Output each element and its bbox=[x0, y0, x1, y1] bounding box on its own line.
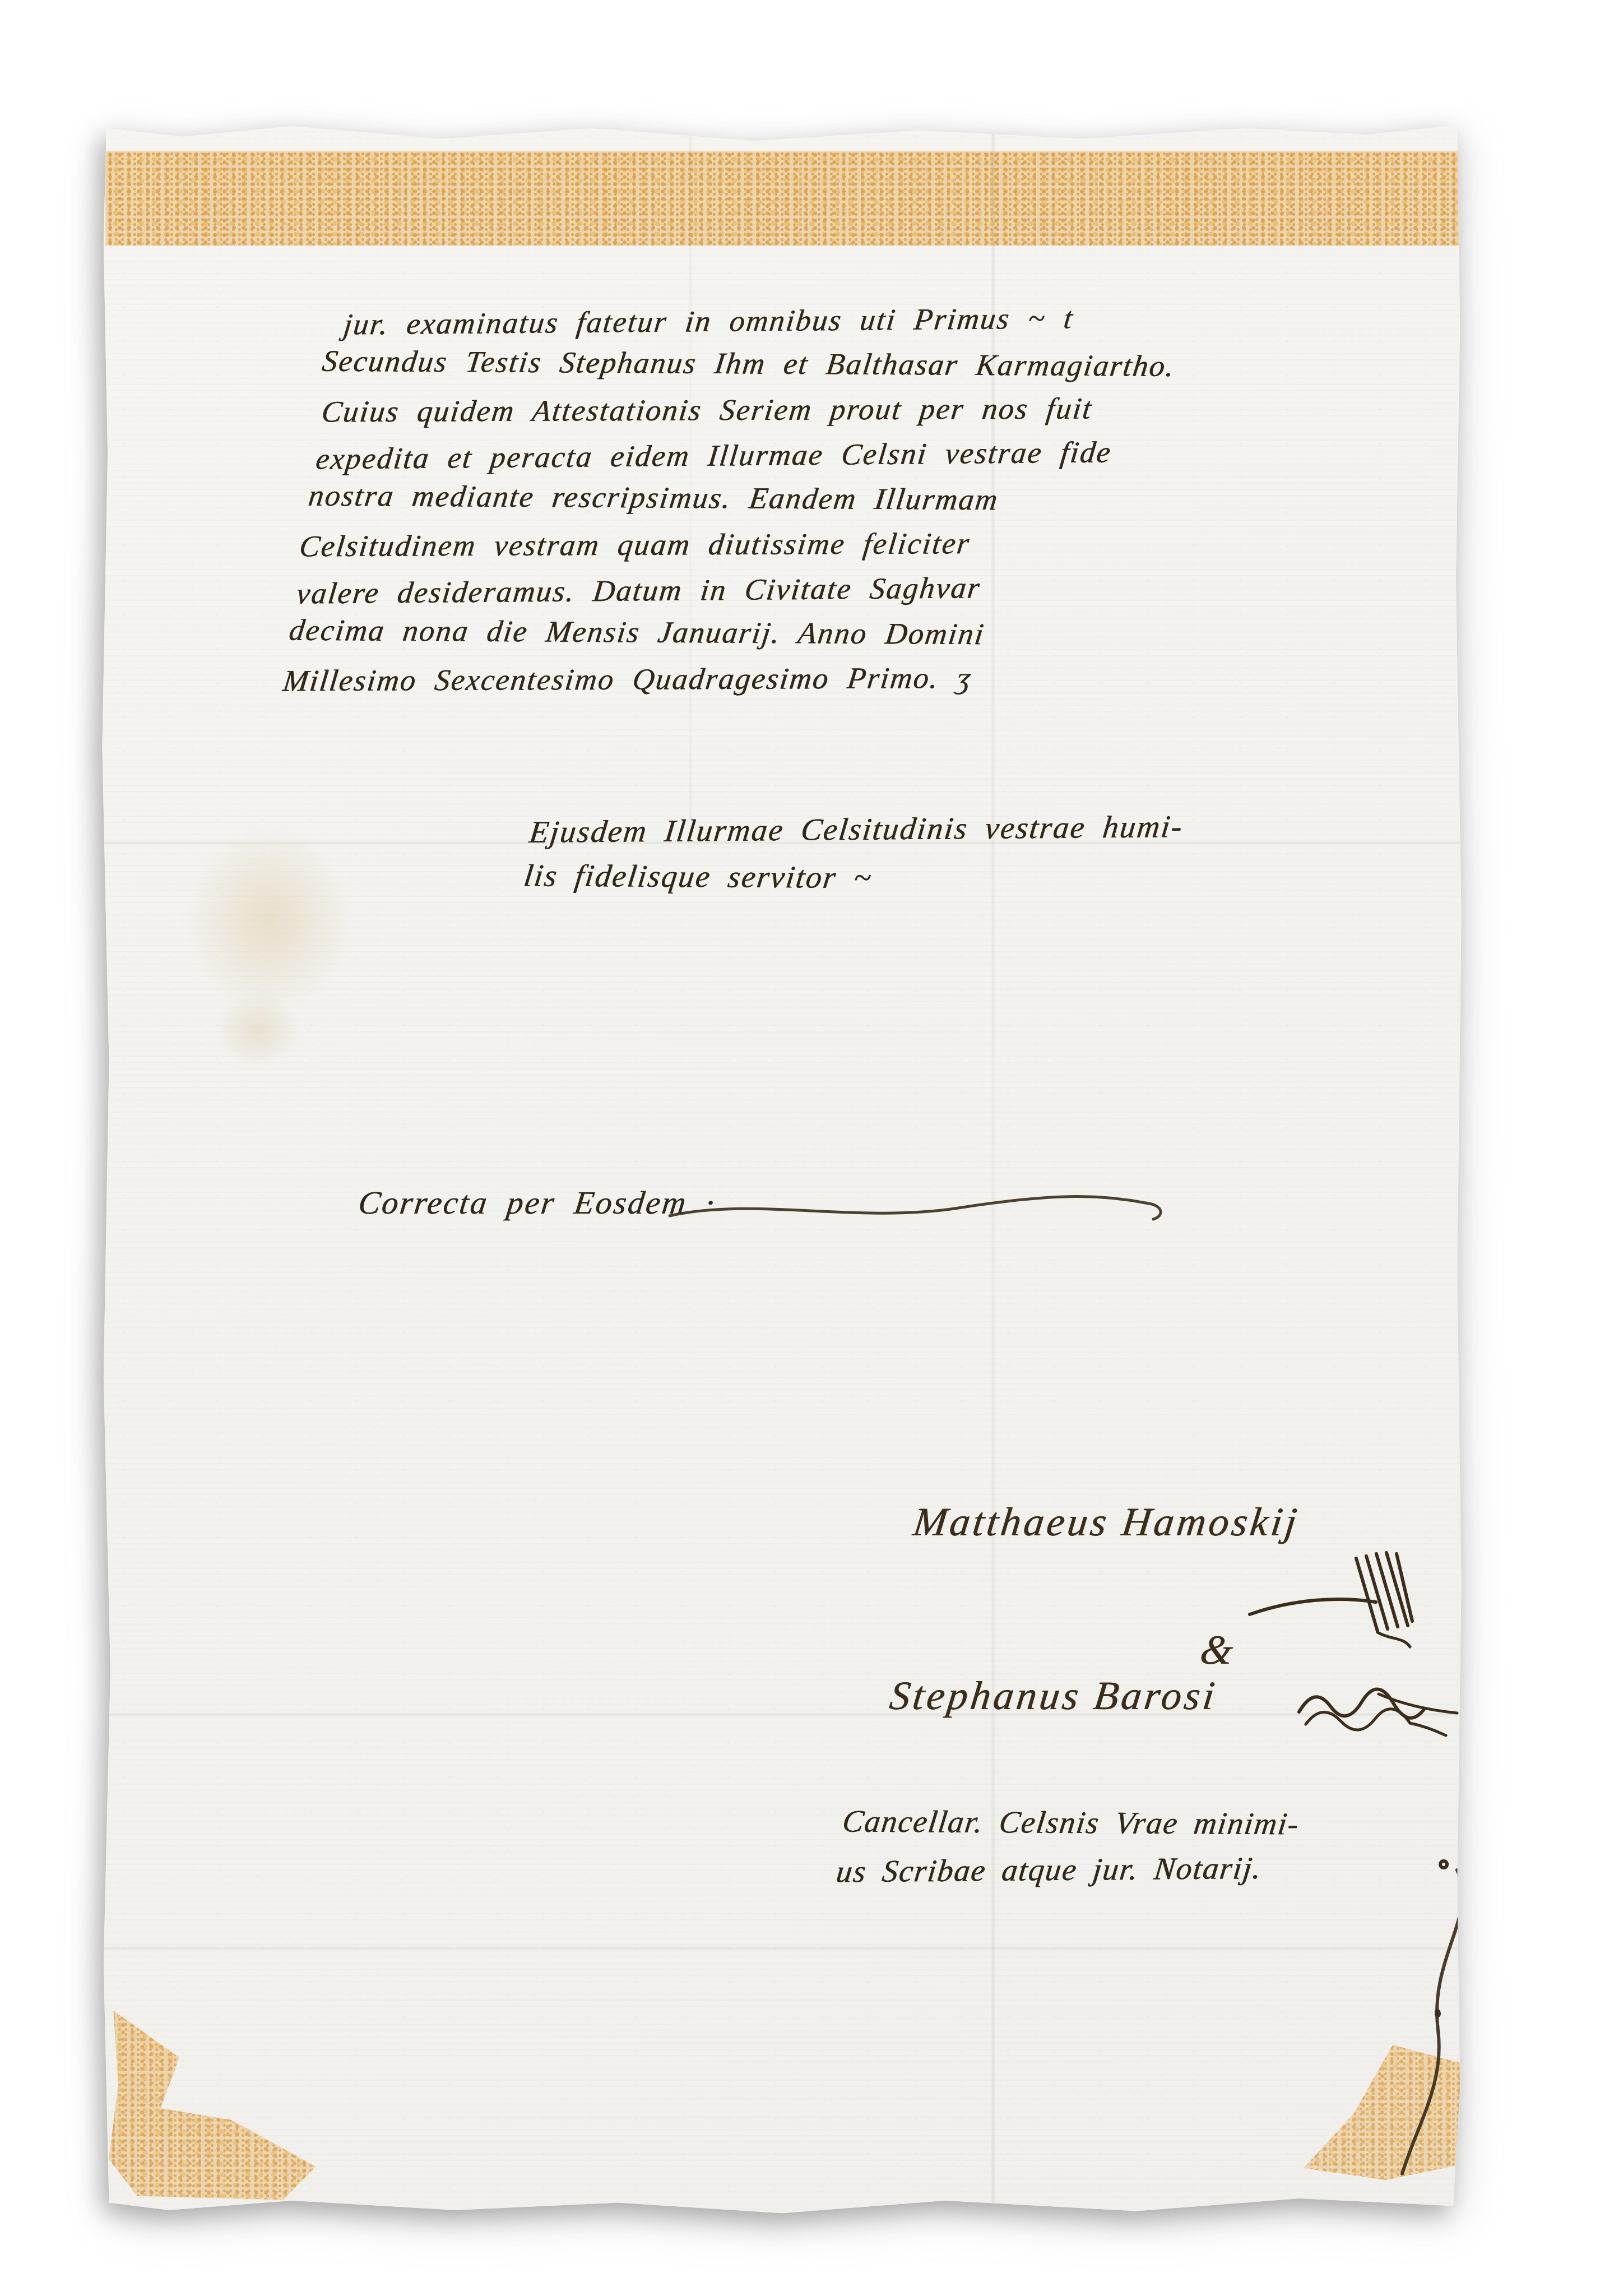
body-line: nostra mediante rescripsimus. Eandem Ill… bbox=[306, 473, 1446, 525]
body-line: jur. examinatus fatetur in omnibus uti P… bbox=[341, 292, 1468, 346]
foxing-stain-left-small bbox=[216, 993, 300, 1066]
body-line: decima nona die Mensis Januarij. Anno Do… bbox=[286, 608, 1429, 659]
final-descender-flourish-icon bbox=[1390, 1862, 1485, 2187]
fold-crease-horizontal-3 bbox=[101, 1947, 1463, 1949]
tape-stain-bottom-left bbox=[109, 2007, 344, 2202]
body-line: expedita et peracta eidem Illurmae Celsn… bbox=[313, 427, 1451, 482]
foxing-stain-left bbox=[185, 828, 353, 1013]
body-text-block: jur. examinatus fatetur in omnibus uti P… bbox=[281, 297, 1468, 701]
tape-residue-top-band bbox=[105, 151, 1459, 246]
office-line: us Scribae atque jur. Notarij. bbox=[834, 1844, 1297, 1895]
office-line: Cancellar. Celsnis Vrae minimi- bbox=[840, 1798, 1302, 1848]
signature-ampersand: & bbox=[1198, 1627, 1236, 1674]
first-signature-paraph-icon bbox=[1244, 1547, 1412, 1654]
manuscript-paper: jur. examinatus fatetur in omnibus uti P… bbox=[101, 119, 1463, 2215]
body-line: valere desideramus. Datum in Civitate Sa… bbox=[294, 561, 1435, 616]
body-line: Cuius quidem Attestationis Seriem prout … bbox=[319, 385, 1457, 434]
correction-note: Correcta per Eosdem · bbox=[356, 1184, 718, 1221]
second-signature-scribble-icon bbox=[1295, 1677, 1468, 1750]
closing-block: Ejusdem Illurmae Celsitudinis vestrae hu… bbox=[521, 806, 1185, 902]
body-line: Celsitudinem vestram quam diutissime fel… bbox=[297, 519, 1441, 569]
signature-second: Stephanus Barosi bbox=[887, 1673, 1220, 1719]
fold-crease-horizontal-2 bbox=[101, 1714, 1463, 1715]
paper-shadow-wrap: jur. examinatus fatetur in omnibus uti P… bbox=[101, 119, 1463, 2215]
correction-underline-swash-icon bbox=[667, 1187, 1171, 1232]
closing-line: Ejusdem Illurmae Celsitudinis vestrae hu… bbox=[527, 803, 1186, 857]
closing-line: lis fidelisque servitor ~ bbox=[521, 851, 1180, 904]
office-note-block: Cancellar. Celsnis Vrae minimi- us Scrib… bbox=[834, 1799, 1302, 1894]
photo-backdrop: jur. examinatus fatetur in omnibus uti P… bbox=[0, 0, 1614, 2296]
signature-first: Matthaeus Hamoskij bbox=[911, 1499, 1302, 1545]
body-line: Millesimo Sexcentesimo Quadragesimo Prim… bbox=[280, 654, 1424, 703]
body-line: Secundus Testis Stephanus Ihm et Balthas… bbox=[319, 339, 1462, 390]
